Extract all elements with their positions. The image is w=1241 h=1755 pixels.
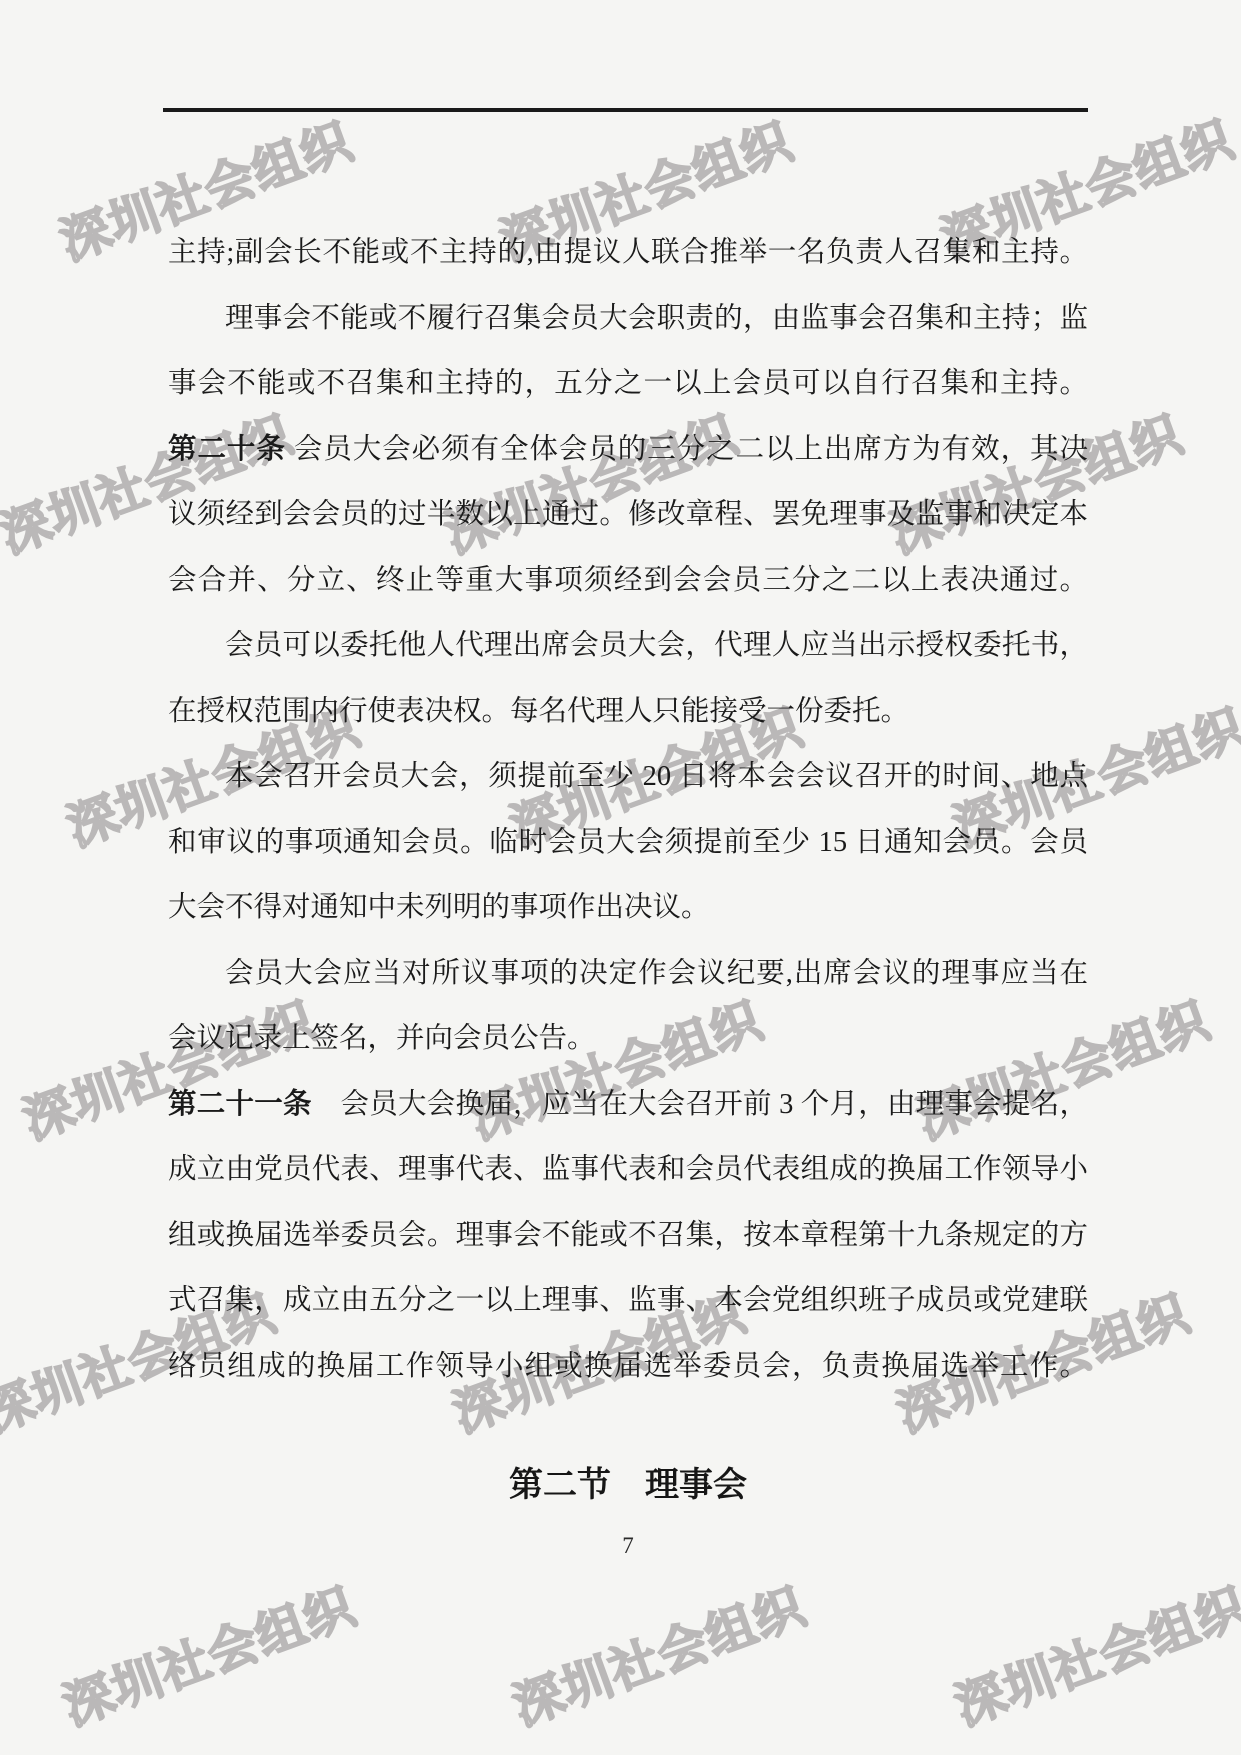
text-line: 在授权范围内行使表决权。每名代理人只能接受一份委托。 — [168, 679, 1088, 745]
text-line: 和审议的事项通知会员。临时会员大会须提前至少 15 日通知会员。会员 — [168, 810, 1088, 876]
document-page: 深圳社会组织深圳社会组织深圳社会组织深圳社会组织深圳社会组织深圳社会组织深圳社会… — [0, 0, 1241, 1755]
text-line: 组或换届选举委员会。理事会不能或不召集，按本章程第十九条规定的方 — [168, 1203, 1088, 1269]
watermark: 深圳社会组织 — [944, 1567, 1241, 1739]
text-line: 大会不得对通知中未列明的事项作出决议。 — [168, 875, 1088, 941]
page-number: 7 — [168, 1532, 1088, 1560]
text-line: 会议记录上签名，并向会员公告。 — [168, 1006, 1088, 1072]
text-line: 事会不能或不召集和主持的，五分之一以上会员可以自行召集和主持。 — [168, 351, 1088, 417]
article-number-label: 第二十条 — [168, 434, 286, 465]
text-line: 会合并、分立、终止等重大事项须经到会会员三分之二以上表决通过。 — [168, 548, 1088, 614]
text-line: 主持;副会长不能或不主持的,由提议人联合推举一名负责人召集和主持。 — [168, 220, 1088, 286]
body-text: 主持;副会长不能或不主持的,由提议人联合推举一名负责人召集和主持。理事会不能或不… — [168, 220, 1088, 1399]
section-heading: 第二节 理事会 — [168, 1466, 1088, 1506]
text-line: 成立由党员代表、理事代表、监事代表和会员代表组成的换届工作领导小 — [168, 1137, 1088, 1203]
text-line: 议须经到会会员的过半数以上通过。修改章程、罢免理事及监事和决定本 — [168, 482, 1088, 548]
text-line: 络员组成的换届工作领导小组或换届选举委员会，负责换届选举工作。 — [168, 1334, 1088, 1400]
watermark: 深圳社会组织 — [52, 1567, 364, 1739]
text-line: 第二十条 会员大会必须有全体会员的三分之二以上出席方为有效，其决 — [168, 417, 1088, 483]
text-line: 式召集，成立由五分之一以上理事、监事、本会党组织班子成员或党建联 — [168, 1268, 1088, 1334]
text-line: 会员可以委托他人代理出席会员大会，代理人应当出示授权委托书， — [168, 613, 1088, 679]
article-number-label: 第二十一条 — [168, 1089, 312, 1120]
text-line: 第二十一条 会员大会换届，应当在大会召开前 3 个月，由理事会提名， — [168, 1072, 1088, 1138]
text-line: 理事会不能或不履行召集会员大会职责的，由监事会召集和主持；监 — [168, 286, 1088, 352]
text-line: 会员大会应当对所议事项的决定作会议纪要,出席会议的理事应当在 — [168, 941, 1088, 1007]
watermark: 深圳社会组织 — [502, 1567, 814, 1739]
top-rule — [163, 108, 1088, 112]
text-line: 本会召开会员大会，须提前至少 20 日将本会会议召开的时间、地点 — [168, 744, 1088, 810]
